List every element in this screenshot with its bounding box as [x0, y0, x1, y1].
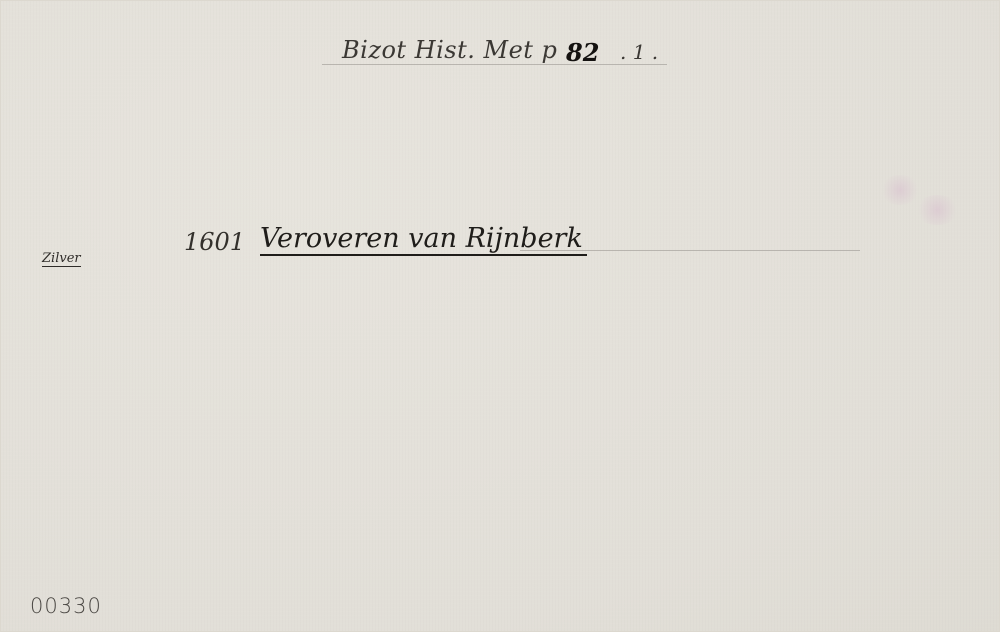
metal-label: Zilver [42, 251, 81, 267]
paper-stain [880, 175, 920, 205]
reference-sub-number: . 1 . [620, 40, 658, 64]
reference-rule-line [322, 64, 667, 65]
catalog-card: Bizot Hist. Met p 82 . 1 . Zilver 1601 V… [0, 0, 1000, 632]
reference-page-number: 82 [566, 38, 599, 67]
reference-citation: Bizot Hist. Met p [342, 36, 557, 64]
entry-year: 1601 [184, 228, 245, 256]
inventory-number: 00330 [30, 594, 102, 618]
entry-title: Veroveren van Rijnberk [260, 224, 587, 256]
paper-stain [915, 195, 960, 225]
entry-rule-line [520, 250, 860, 251]
